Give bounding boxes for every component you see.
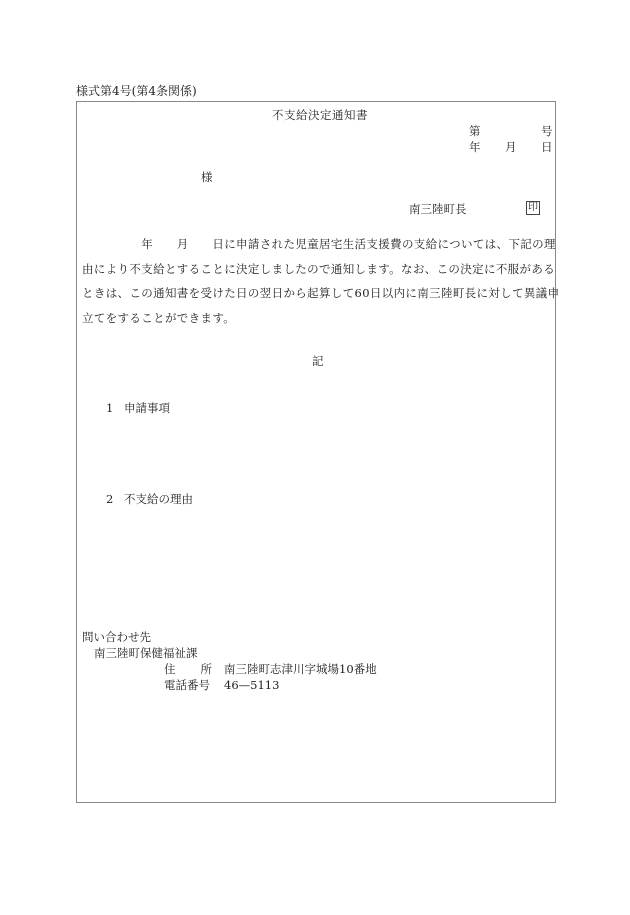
address-label-part: 所 [201,664,213,676]
notice-body-line: 立てをすることができます。 [82,306,554,331]
phone-label: 電話番号 [164,680,224,692]
issuer-name: 南三陸町長 [409,204,467,216]
notice-body-line: ときは、この通知書を受けた日の翌日から起算して60日以内に南三陸町長に対して異議… [82,281,554,306]
contact-heading: 問い合わせ先 [82,632,151,644]
date-year-label: 年 [469,142,481,154]
address-label-part: 住 [164,664,176,676]
date-month-label: 月 [505,142,517,154]
document-title: 不支給決定通知書 [272,110,368,122]
document-number-suffix: 号 [541,126,553,138]
seal-icon: 印 [526,201,540,215]
document-frame [76,101,556,803]
recipient-suffix: 様 [201,172,213,184]
address-value: 南三陸町志津川字城場10番地 [224,662,377,676]
document-number-prefix: 第 [469,126,481,138]
ki-heading: 記 [312,356,324,368]
notice-body-line: 由により不支給とすることに決定しましたので通知します。なお、この決定に不服がある [82,257,554,282]
item-label: 申請事項 [124,401,170,415]
item-application: 1申請事項 [106,403,170,415]
contact-phone-row: 電話番号46—5113 [164,680,279,692]
item-label: 不支給の理由 [124,492,193,506]
date-day-label: 日 [541,142,553,154]
item-number: 1 [106,403,124,415]
contact-department: 南三陸町保健福祉課 [94,648,198,660]
item-number: 2 [106,494,124,506]
notice-body-line: 年 月 日に申請された児童居宅生活支援費の支給については、下記の理 [82,232,554,257]
item-reason: 2不支給の理由 [106,494,193,506]
phone-value: 46—5113 [224,678,279,692]
notice-body: 年 月 日に申請された児童居宅生活支援費の支給については、下記の理 由により不支… [82,232,554,331]
address-label: 住 所 [164,664,212,676]
form-label: 様式第4号(第4条関係) [76,85,197,97]
contact-address-row: 住 所 南三陸町志津川字城場10番地 [164,664,377,676]
